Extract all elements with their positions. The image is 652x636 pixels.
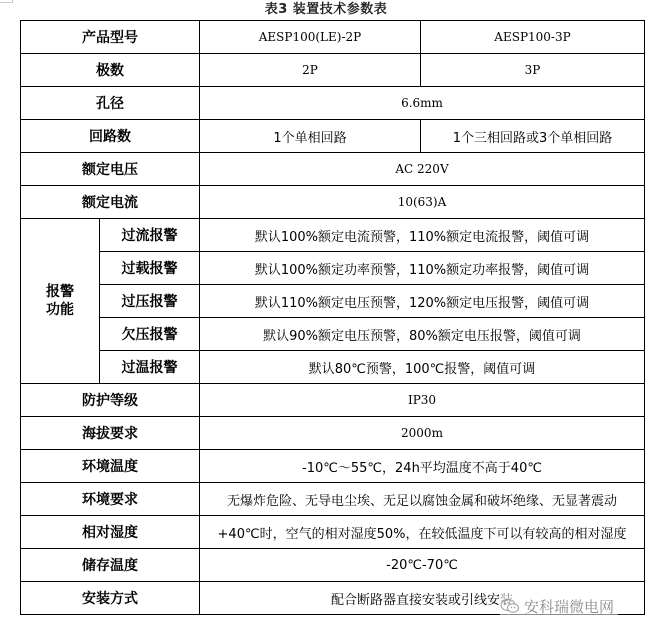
alarm-value-overload: 默认100%额定功率预警，110%额定功率报警，阈值可调 [200, 252, 645, 285]
watermark-text: 安科瑞微电网 [524, 596, 614, 617]
table-row-model: 产品型号 AESP100(LE)-2P AESP100-3P [21, 21, 645, 54]
table-row-alarm-overload: 过载报警 默认100%额定功率预警，110%额定功率报警，阈值可调 [21, 252, 645, 285]
altitude-value: 2000m [200, 417, 645, 450]
table-row-alarm-overcurrent: 报警 功能 过流报警 默认100%额定电流预警，110%额定电流报警，阈值可调 [21, 219, 645, 252]
rated-voltage-value: AC 220V [200, 153, 645, 186]
alarm-value-overvoltage: 默认110%额定电压预警，120%额定电压报警，阈值可调 [200, 285, 645, 318]
circuits-2p: 1个单相回路 [200, 120, 421, 153]
table-row-altitude: 海拔要求 2000m [21, 417, 645, 450]
table-row-poles: 极数 2P 3P [21, 54, 645, 87]
storage-temp-value: -20℃-70℃ [200, 549, 645, 582]
alarm-group-label-line1: 报警 [23, 283, 97, 301]
row-label-storage-temp: 储存温度 [21, 549, 200, 582]
row-label-rated-current: 额定电流 [21, 186, 200, 219]
row-label-ambient-temp: 环境温度 [21, 450, 200, 483]
table-row-alarm-overtemp: 过温报警 默认80℃预警，100℃报警，阈值可调 [21, 351, 645, 384]
ambient-temp-value: -10℃～55℃，24h平均温度不高于40℃ [200, 450, 645, 483]
row-label-model: 产品型号 [21, 21, 200, 54]
alarm-label-overvoltage: 过压报警 [100, 285, 200, 318]
table-row-env-requirements: 环境要求 无爆炸危险、无导电尘埃、无足以腐蚀金属和破坏绝缘、无显著震动 [21, 483, 645, 516]
model-2p: AESP100(LE)-2P [200, 21, 421, 54]
row-label-altitude: 海拔要求 [21, 417, 200, 450]
table-row-alarm-overvoltage: 过压报警 默认110%额定电压预警，120%额定电压报警，阈值可调 [21, 285, 645, 318]
row-label-aperture: 孔径 [21, 87, 200, 120]
row-label-protection: 防护等级 [21, 384, 200, 417]
humidity-value: +40℃时，空气的相对湿度50%，在较低温度下可以有较高的相对湿度 [200, 516, 645, 549]
env-requirements-value: 无爆炸危险、无导电尘埃、无足以腐蚀金属和破坏绝缘、无显著震动 [200, 483, 645, 516]
poles-3p: 3P [421, 54, 645, 87]
spec-table: 产品型号 AESP100(LE)-2P AESP100-3P 极数 2P 3P … [20, 20, 645, 615]
row-label-installation: 安装方式 [21, 582, 200, 615]
alarm-label-overtemp: 过温报警 [100, 351, 200, 384]
table-row-storage-temp: 储存温度 -20℃-70℃ [21, 549, 645, 582]
poles-2p: 2P [200, 54, 421, 87]
watermark: 安科瑞微电网 [500, 593, 618, 619]
table-row-alarm-undervoltage: 欠压报警 默认90%额定电压预警，80%额定电压报警，阈值可调 [21, 318, 645, 351]
model-3p: AESP100-3P [421, 21, 645, 54]
alarm-label-overcurrent: 过流报警 [100, 219, 200, 252]
row-label-env-requirements: 环境要求 [21, 483, 200, 516]
protection-value: IP30 [200, 384, 645, 417]
alarm-label-undervoltage: 欠压报警 [100, 318, 200, 351]
circuits-3p: 1个三相回路或3个单相回路 [421, 120, 645, 153]
row-label-rated-voltage: 额定电压 [21, 153, 200, 186]
table-row-rated-voltage: 额定电压 AC 220V [21, 153, 645, 186]
table-row-ambient-temp: 环境温度 -10℃～55℃，24h平均温度不高于40℃ [21, 450, 645, 483]
alarm-label-overload: 过载报警 [100, 252, 200, 285]
row-label-circuits: 回路数 [21, 120, 200, 153]
alarm-value-undervoltage: 默认90%额定电压预警，80%额定电压报警，阈值可调 [200, 318, 645, 351]
table-row-protection: 防护等级 IP30 [21, 384, 645, 417]
alarm-group-label: 报警 功能 [21, 219, 100, 384]
alarm-group-label-line2: 功能 [23, 301, 97, 319]
alarm-value-overtemp: 默认80℃预警，100℃报警，阈值可调 [200, 351, 645, 384]
table-row-humidity: 相对湿度 +40℃时，空气的相对湿度50%，在较低温度下可以有较高的相对湿度 [21, 516, 645, 549]
alarm-value-overcurrent: 默认100%额定电流预警，110%额定电流报警，阈值可调 [200, 219, 645, 252]
wechat-icon [500, 598, 520, 614]
table-title: 表3 装置技术参数表 [0, 1, 652, 19]
table-row-aperture: 孔径 6.6mm [21, 87, 645, 120]
row-label-poles: 极数 [21, 54, 200, 87]
table-row-rated-current: 额定电流 10(63)A [21, 186, 645, 219]
aperture-value: 6.6mm [200, 87, 645, 120]
rated-current-value: 10(63)A [200, 186, 645, 219]
table-row-circuits: 回路数 1个单相回路 1个三相回路或3个单相回路 [21, 120, 645, 153]
row-label-humidity: 相对湿度 [21, 516, 200, 549]
